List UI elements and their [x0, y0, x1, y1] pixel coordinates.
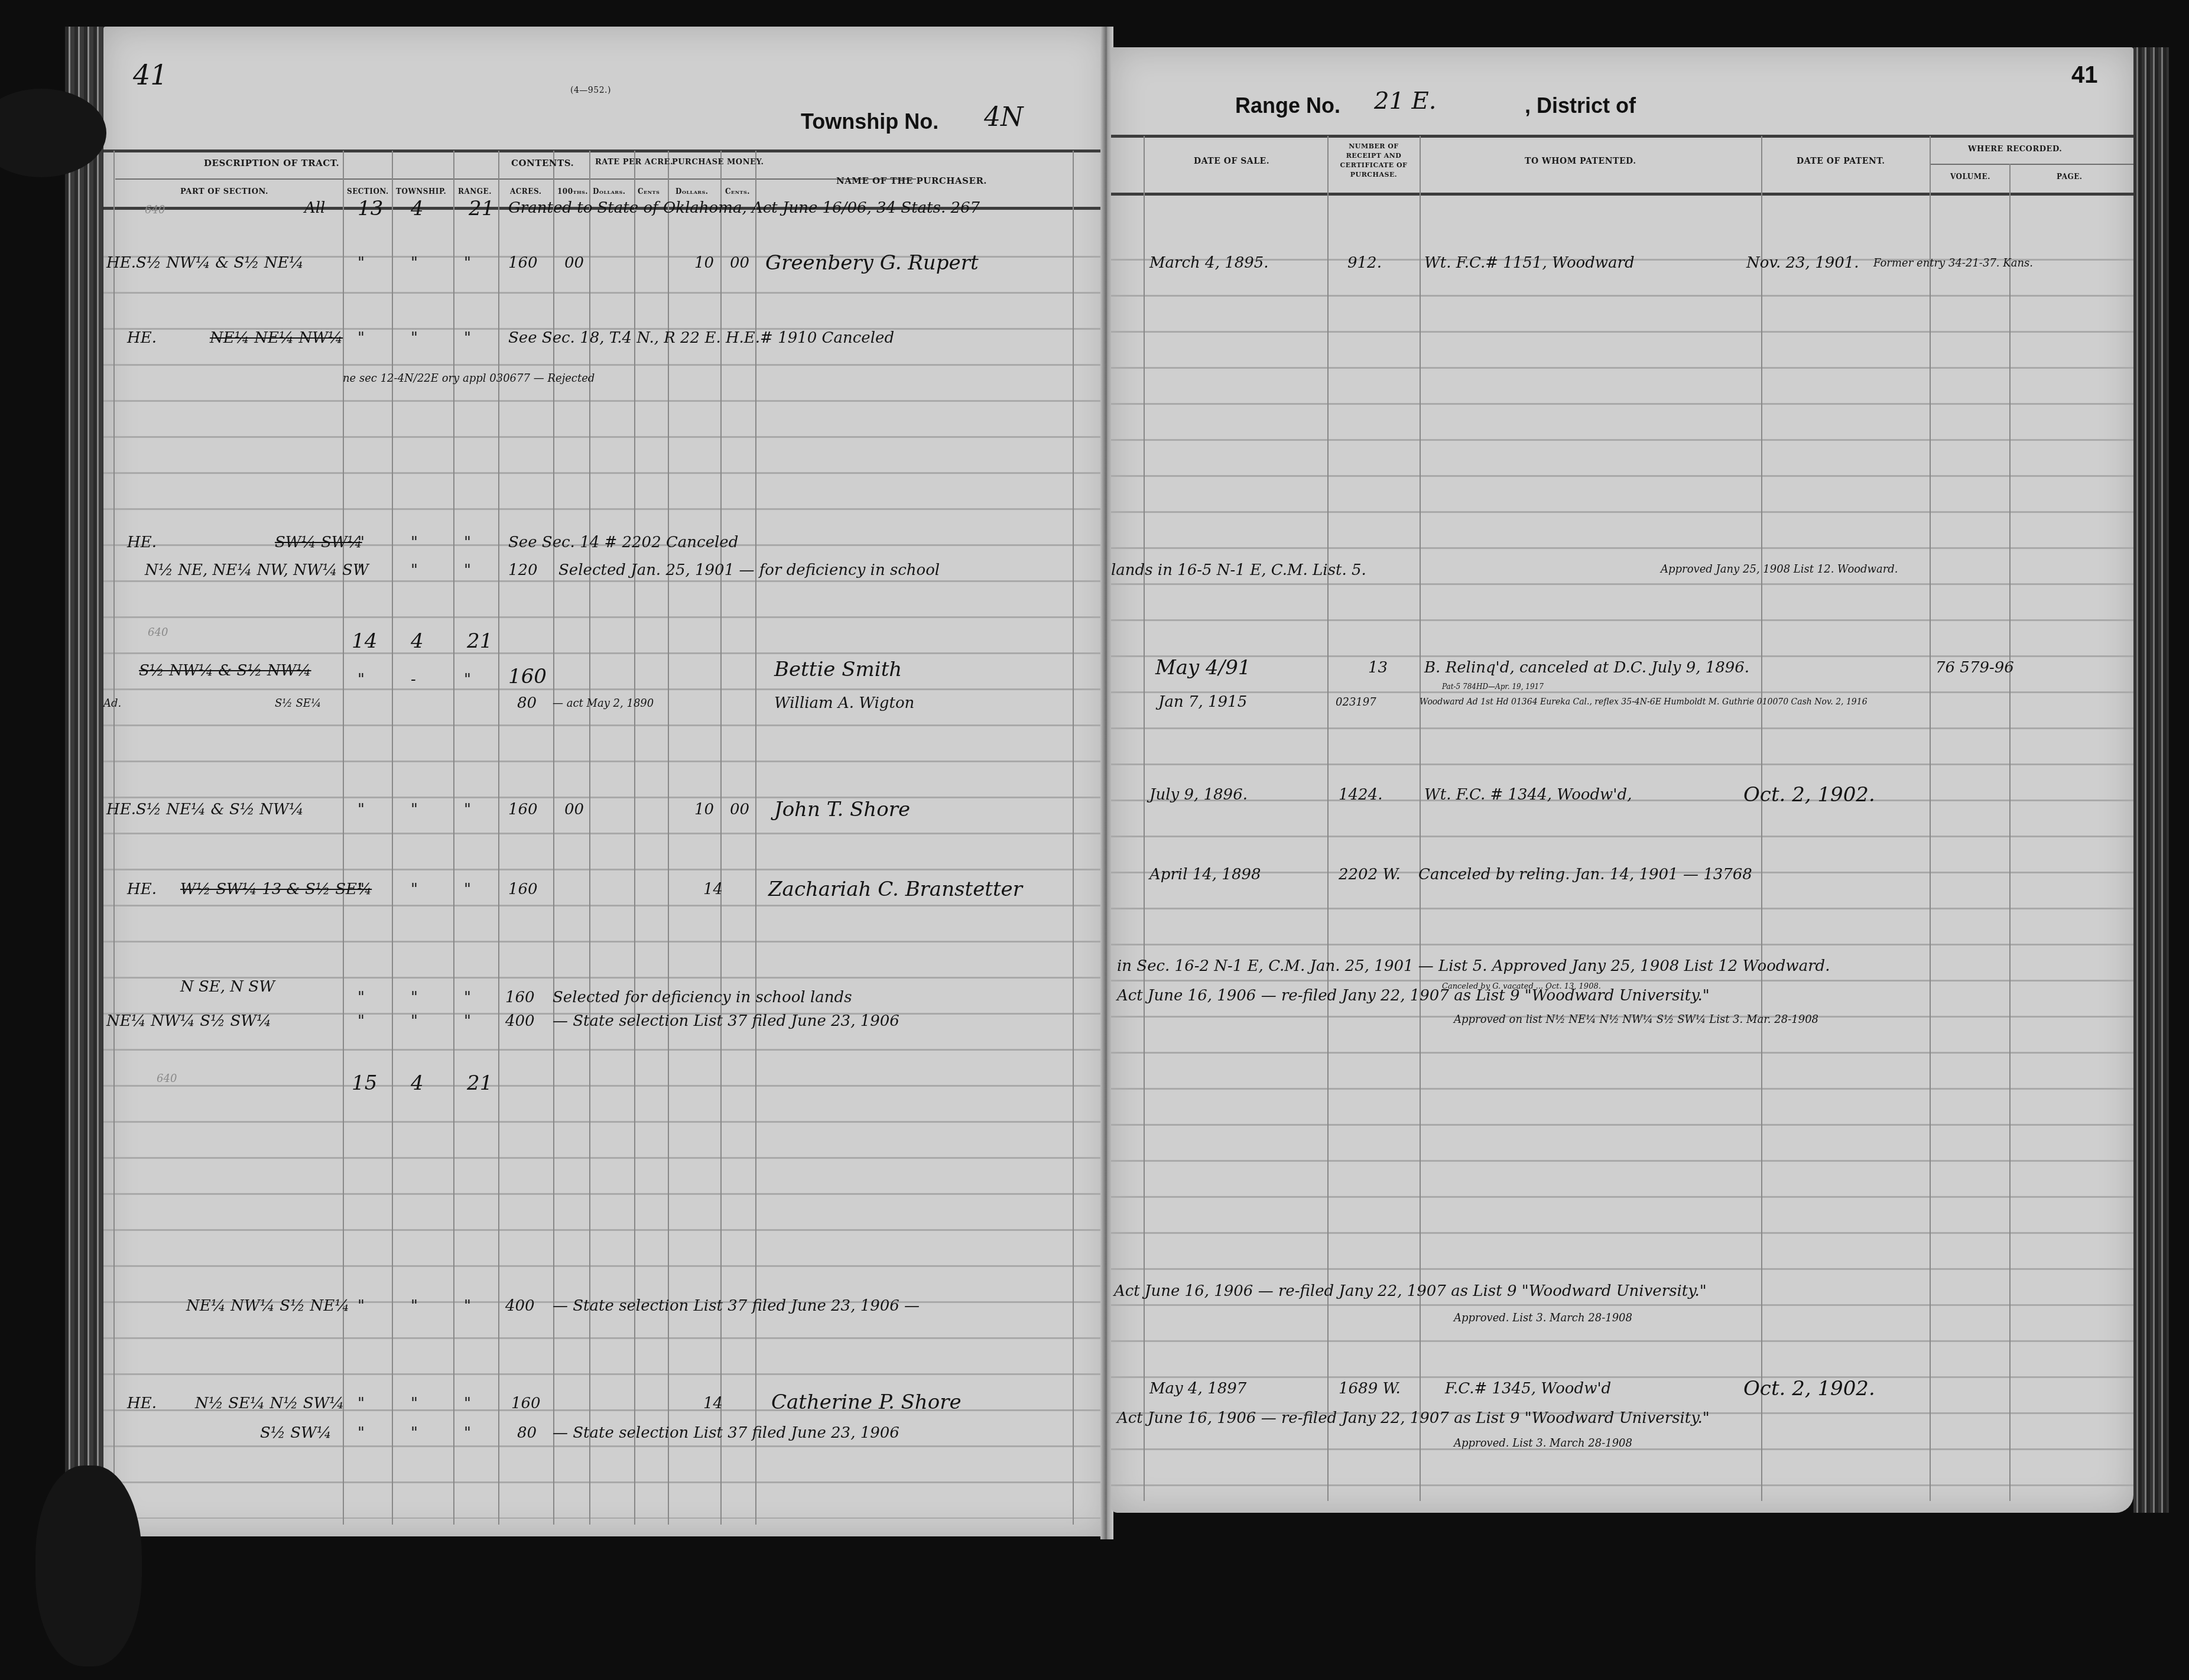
date-of-patent: Nov. 23, 1901.	[1746, 254, 1859, 272]
entry-note: — State selection List 37 filed June 23,…	[553, 1424, 899, 1442]
acreage-margin-note: 640	[145, 204, 165, 216]
to-whom-patented: Woodward Ad 1st Hd 01364 Eureka Cal., re…	[1420, 697, 1868, 707]
approval-note: Approved Jany 25, 1908 List 12. Woodward…	[1661, 563, 1898, 576]
ledger-right-page: 41 Range No. 21 E. , District of DATE OF…	[1111, 47, 2133, 1513]
district-label: , District of	[1525, 93, 1636, 118]
header-rate-dollars: Dollars.	[593, 187, 625, 196]
to-whom-patented: B. Relinq'd, canceled at D.C. July 9, 18…	[1424, 659, 1749, 677]
header-township: TOWNSHIP.	[396, 187, 446, 196]
header-money-cents: Cents.	[725, 187, 750, 196]
header-top-rule	[103, 150, 1108, 152]
entry-note: — State selection List 37 filed June 23,…	[553, 1297, 920, 1315]
purchaser-name: John T. Shore	[774, 798, 910, 821]
header-purchase-money: PURCHASE MONEY.	[672, 158, 764, 167]
acres: 160	[508, 254, 538, 272]
header-date-of-sale: DATE OF SALE.	[1194, 157, 1269, 166]
receipt-number: 912.	[1347, 254, 1382, 272]
header-date-of-patent: DATE OF PATENT.	[1797, 157, 1885, 166]
header-page: PAGE.	[2057, 173, 2083, 181]
entry-type: HE.	[106, 254, 136, 272]
entry-note: See Sec. 18, T.4 N., R 22 E. H.E.# 1910 …	[508, 329, 894, 347]
township-label: Township No.	[801, 109, 938, 134]
header-acres: ACRES.	[510, 187, 541, 196]
purchaser-name: Catherine P. Shore	[771, 1390, 962, 1414]
ruled-lines	[1111, 225, 2133, 1495]
where-recorded: Former entry 34-21-37. Kans.	[1873, 257, 2033, 269]
entry-note-continued: in Sec. 16-2 N-1 E, C.M. Jan. 25, 1901 —…	[1117, 957, 1830, 975]
range-value: 21 E.	[1374, 87, 1437, 115]
header-description-of-tract: DESCRIPTION OF TRACT.	[204, 158, 339, 168]
part-of-section: S½ NW¼ & S½ NE¼	[136, 254, 304, 272]
date-of-sale: July 9, 1896.	[1149, 786, 1248, 804]
header-where-recorded: WHERE RECORDED.	[1968, 145, 2062, 154]
header-range: RANGE.	[458, 187, 492, 196]
hundredths: 00	[564, 254, 584, 272]
purchaser-name: Bettie Smith	[774, 658, 902, 681]
entry-note: See Sec. 14 # 2202 Canceled	[508, 534, 738, 551]
header-money-dollars: Dollars.	[675, 187, 708, 196]
date-of-sale: May 4/91	[1155, 656, 1251, 680]
date-of-sale: May 4, 1897	[1149, 1380, 1246, 1398]
header-section: SECTION.	[347, 187, 389, 196]
ledger-left-page: 41 (4—952.) Township No. 4N DESCRIPTION …	[103, 27, 1108, 1536]
date-of-patent: Oct. 2, 1902.	[1743, 1377, 1875, 1400]
header-top-rule	[1111, 135, 2133, 138]
township-value: 4N	[984, 102, 1024, 132]
form-number: (4—952.)	[570, 86, 611, 95]
purchaser-name: Greenbery G. Rupert	[765, 251, 979, 275]
to-whom-patented: Canceled by reling. Jan. 14, 1901 — 1376…	[1418, 866, 1752, 883]
header-name-of-purchaser: NAME OF THE PURCHASER.	[836, 176, 987, 186]
entry-note-continued: Act June 16, 1906 — re-filed Jany 22, 19…	[1117, 1409, 1710, 1427]
book-page-edges-right	[2133, 47, 2169, 1513]
where-recorded-rule	[1930, 164, 2133, 165]
printed-page-number: 41	[2071, 62, 2098, 89]
range-number: 21	[469, 197, 494, 220]
approval-note: Approved. List 3. March 28-1908	[1454, 1437, 1632, 1450]
to-whom-patented: Wt. F.C.# 1151, Woodward	[1424, 254, 1635, 272]
entry-note-continued: lands in 16-5 N-1 E, C.M. List. 5.	[1111, 561, 1366, 579]
header-receipt-number: NUMBER OF RECEIPT AND CERTIFICATE OF PUR…	[1331, 142, 1417, 180]
header-contents: CONTENTS.	[511, 158, 574, 168]
date-of-sale: March 4, 1895.	[1149, 254, 1269, 272]
header-to-whom-patented: TO WHOM PATENTED.	[1525, 157, 1636, 166]
township-number: 4	[411, 197, 424, 220]
header-bottom-rule	[1111, 193, 2133, 196]
approval-note: Approved. List 3. March 28-1908	[1454, 1312, 1632, 1324]
entry-note: Selected for deficiency in school lands	[553, 989, 852, 1006]
part-of-section-struck: NE¼ NE¼ NW¼	[210, 329, 343, 347]
date-of-sale: Jan 7, 1915	[1158, 693, 1247, 711]
entry-note: Granted to State of Oklahoma, Act June 1…	[508, 199, 980, 217]
section-number: 13	[358, 197, 383, 220]
range-label: Range No.	[1235, 93, 1340, 118]
to-whom-patented: Wt. F.C. # 1344, Woodw'd,	[1424, 786, 1632, 804]
approval-note: Approved on list N½ NE¼ N½ NW¼ S½ SW¼ Li…	[1454, 1013, 1818, 1026]
entry-note: — State selection List 37 filed June 23,…	[553, 1012, 899, 1030]
part-of-section: All	[304, 199, 325, 217]
purchaser-name: Zachariah C. Branstetter	[768, 878, 1022, 901]
entry-note-continued: Act June 16, 1906 — re-filed Jany 22, 19…	[1117, 987, 1710, 1005]
purchase-dollars: 10	[694, 254, 714, 272]
to-whom-patented: F.C.# 1345, Woodw'd	[1445, 1380, 1611, 1398]
purchaser-name: William A. Wigton	[774, 694, 914, 712]
date-of-patent: Oct. 2, 1902.	[1743, 783, 1875, 807]
header-part-of-section: PART OF SECTION.	[180, 187, 268, 196]
header-rate-cents: Cents	[638, 187, 660, 196]
book-page-edges-left	[65, 27, 106, 1539]
header-volume: VOLUME.	[1950, 173, 1990, 181]
entry-note: ne sec 12-4N/22E ory appl 030677 — Rejec…	[343, 372, 595, 385]
entry-note: Selected Jan. 25, 1901 — for deficiency …	[558, 561, 940, 579]
ruled-lines	[103, 222, 1108, 1519]
thumb-bottom-left	[35, 1465, 142, 1666]
header-rate-per-acre: RATE PER ACRE.	[595, 158, 673, 167]
entry-note-continued: Act June 16, 1906 — re-filed Jany 22, 19…	[1114, 1282, 1707, 1300]
purchase-cents: 00	[730, 254, 749, 272]
header-hundredths: 100ths.	[557, 187, 588, 196]
date-of-sale: April 14, 1898	[1149, 866, 1261, 883]
handwritten-page-number: 41	[133, 59, 168, 91]
header-mid-rule	[115, 178, 916, 180]
